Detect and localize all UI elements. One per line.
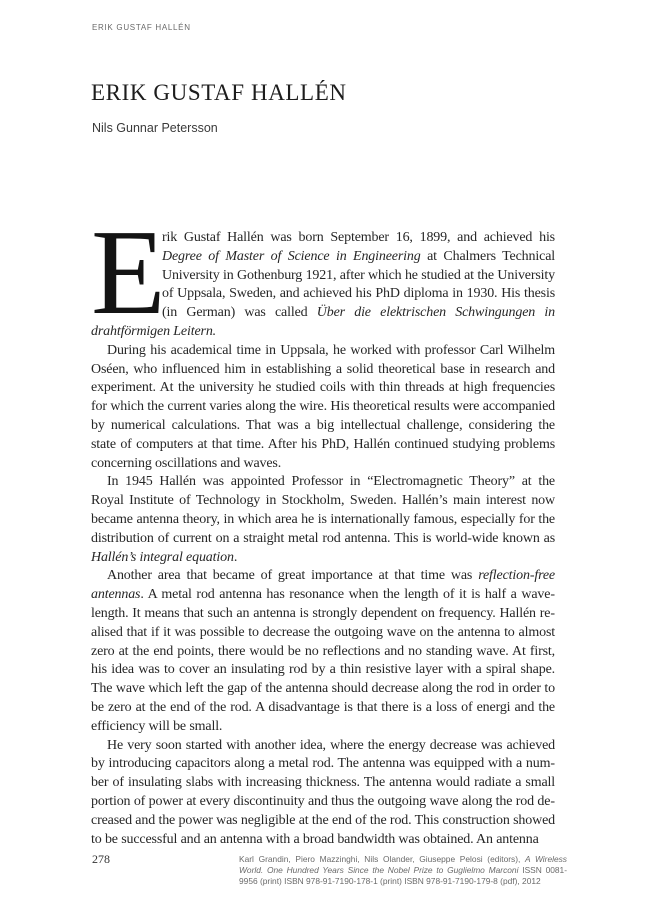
paragraph: During his academical time in Uppsala, h…: [91, 342, 555, 474]
paragraph: In 1945 Hallén was appointed Professor i…: [91, 473, 555, 567]
text-run: During his academical time in Uppsala, h…: [91, 343, 555, 471]
italic-text-run: Hallén’s integral equation: [91, 550, 234, 565]
italic-text-run: Degree of Master of Science in Engineeri…: [162, 249, 421, 264]
paragraph: He very soon started with another idea, …: [91, 737, 555, 850]
paragraph: Erik Gustaf Hallén was born September 16…: [91, 229, 555, 342]
footer-citation: Karl Grandin, Piero Mazzinghi, Nils Olan…: [239, 854, 567, 888]
page-number: 278: [92, 852, 110, 867]
text-run: . A metal rod antenna has resonance when…: [91, 587, 555, 734]
text-run: Karl Grandin, Piero Mazzinghi, Nils Olan…: [239, 854, 525, 864]
text-run: rik Gustaf Hallén was born September 16,…: [162, 230, 555, 245]
text-run: In 1945 Hallén was appointed Professor i…: [91, 474, 555, 545]
running-header: ERIK GUSTAF HALLÉN: [92, 23, 191, 32]
paragraph: Another area that became of great import…: [91, 567, 555, 736]
text-run: Another area that became of great import…: [107, 568, 478, 583]
author-byline: Nils Gunnar Petersson: [92, 121, 218, 135]
book-page: ERIK GUSTAF HALLÉN ERIK GUSTAF HALLÉN Ni…: [0, 0, 650, 917]
article-body: Erik Gustaf Hallén was born September 16…: [91, 229, 555, 849]
text-run: .: [234, 550, 237, 565]
text-run: He very soon started with another idea, …: [91, 738, 555, 847]
drop-cap: E: [91, 229, 162, 319]
page-title: ERIK GUSTAF HALLÉN: [91, 80, 347, 106]
